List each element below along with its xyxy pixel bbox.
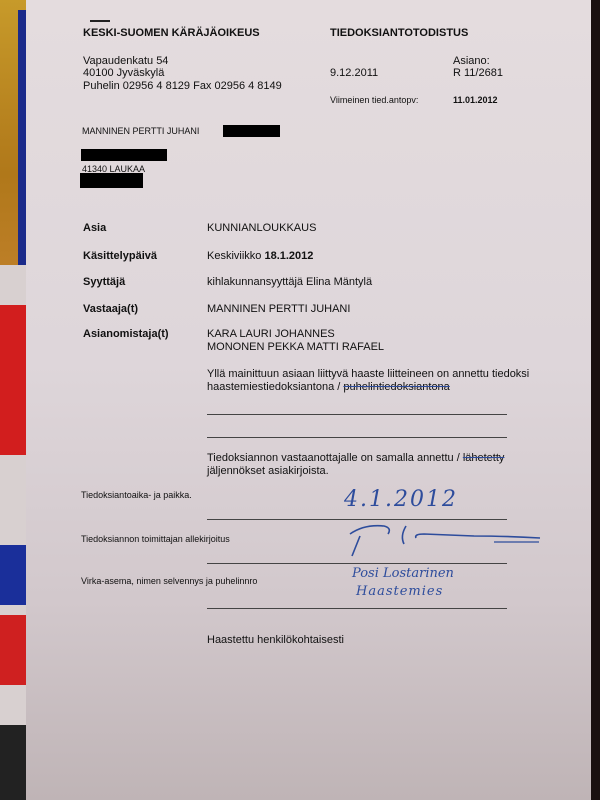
recipient-name: MANNINEN PERTTI JUHANI: [82, 126, 199, 136]
field-label-syyttaja: Syyttäjä: [83, 276, 125, 288]
phone-line: Puhelin 02956 4 8129 Fax 02956 4 8149: [83, 80, 282, 92]
field-value-syyttaja: kihlakunnansyyttäjä Elina Mäntylä: [207, 276, 372, 288]
blank-line: [207, 414, 507, 415]
served-personally-note: Haastettu henkilökohtaisesti: [207, 634, 344, 646]
notice-line-1: Yllä mainittuun asiaan liittyvä haaste l…: [207, 368, 529, 380]
document-date: 9.12.2011: [330, 67, 378, 79]
handwritten-title: Haastemies: [356, 584, 443, 599]
notice-line-2: haastemiestiedoksiantona / puhelintiedok…: [207, 381, 450, 393]
document-page: KESKI-SUOMEN KÄRÄJÄOIKEUS TIEDOKSIANTOTO…: [26, 0, 591, 800]
field-value-asianomistaja-1: KARA LAURI JOHANNES: [207, 328, 335, 340]
field-value-vastaaja: MANNINEN PERTTI JUHANI: [207, 303, 350, 315]
field-label-vastaaja: Vastaaja(t): [83, 303, 138, 315]
signature-line: [207, 563, 507, 564]
court-name: KESKI-SUOMEN KÄRÄJÄOIKEUS: [83, 27, 260, 39]
background-stripe: [18, 10, 26, 270]
address-line-2: 40100 Jyväskylä: [83, 67, 164, 79]
background-magazine: [0, 265, 28, 800]
redaction-bar: [81, 149, 167, 161]
field-label-asianomistaja: Asianomistaja(t): [83, 328, 169, 340]
case-number: R 11/2681: [453, 67, 503, 79]
magazine-blue-block: [0, 545, 28, 605]
notice-text: Tiedoksiannon vastaanottajalle on samall…: [207, 452, 463, 464]
redaction-bar: [80, 173, 143, 188]
notice-line-3: Tiedoksiannon vastaanottajalle on samall…: [207, 452, 504, 464]
redaction-bar: [223, 125, 280, 137]
hearing-date: 18.1.2012: [264, 250, 313, 262]
position-line: [207, 608, 507, 609]
struck-text: lähetetty: [463, 452, 505, 464]
magazine-red-block: [0, 615, 28, 685]
document-title: TIEDOKSIANTOTODISTUS: [330, 27, 468, 39]
notice-line-4: jäljennökset asiakirjoista.: [207, 465, 329, 477]
position-label: Virka-asema, nimen selvennys ja puhelinn…: [81, 576, 257, 586]
field-value-asia: KUNNIANLOUKKAUS: [207, 222, 316, 234]
field-value-kasittelypaiva: Keskiviikko 18.1.2012: [207, 250, 313, 262]
blank-line: [207, 437, 507, 438]
handwritten-name: Posi Lostarinen: [352, 566, 454, 581]
weekday: Keskiviikko: [207, 250, 264, 262]
top-mark: [90, 20, 110, 22]
last-date-label: Viimeinen tied.antopv:: [330, 95, 418, 105]
magazine-dark-block: [0, 725, 28, 800]
notice-text: haastemiestiedoksiantona /: [207, 381, 343, 393]
background-edge: [590, 0, 600, 800]
signature-label: Tiedoksiannon toimittajan allekirjoitus: [81, 534, 230, 544]
time-place-label: Tiedoksiantoaika- ja paikka.: [81, 490, 192, 500]
handwritten-signature: [344, 520, 544, 560]
case-label: Asiano:: [453, 55, 490, 67]
address-line-1: Vapaudenkatu 54: [83, 55, 168, 67]
field-value-asianomistaja-2: MONONEN PEKKA MATTI RAFAEL: [207, 341, 384, 353]
magazine-red-block: [0, 305, 28, 455]
last-date: 11.01.2012: [453, 95, 498, 105]
field-label-asia: Asia: [83, 222, 106, 234]
field-label-kasittelypaiva: Käsittelypäivä: [83, 250, 157, 262]
handwritten-date: 4.1.2012: [344, 487, 458, 512]
struck-text: puhelintiedoksiantona: [343, 381, 449, 393]
